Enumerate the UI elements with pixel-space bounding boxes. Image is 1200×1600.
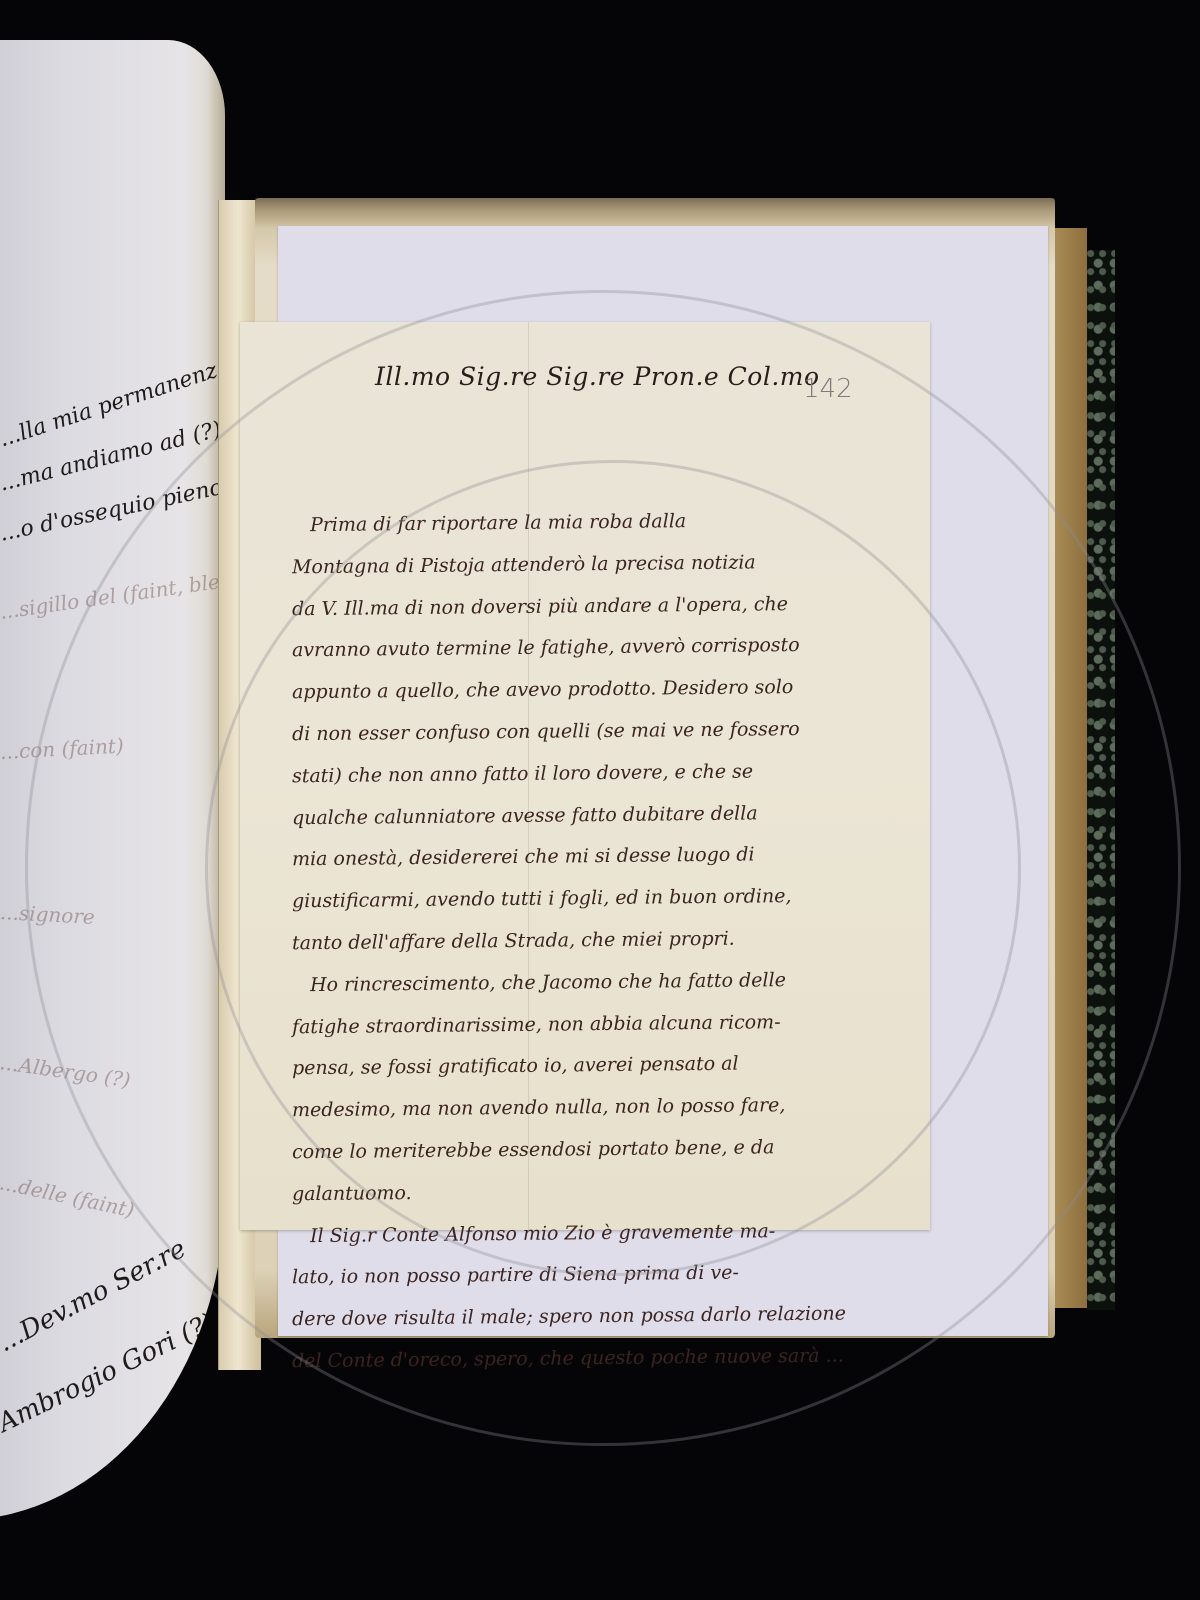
letter-line: fatighe straordinarissime, non abbia alc… [292, 1000, 922, 1048]
letter-line: galantuomo. [292, 1167, 922, 1215]
letter-line: stati) che non anno fatto il loro dovere… [292, 749, 922, 797]
letter-line: avranno avuto termine le fatighe, avverò… [292, 624, 922, 672]
letter-line: Montagna di Pistoja attenderò la precisa… [292, 540, 922, 588]
letter-line: dere dove risulta il male; spero non pos… [292, 1293, 922, 1341]
letter-line: come lo meriterebbe essendosi portato be… [292, 1126, 922, 1174]
left-page-line: ...con (faint) [0, 734, 124, 764]
folio-number: 142 [803, 374, 853, 404]
letter-line: Ho rincrescimento, che Jacomo che ha fat… [292, 958, 922, 1006]
handwritten-letter: Ill.mo Sig.re Sig.re Pron.e Col.mo 142 P… [240, 322, 930, 1230]
marbled-endpaper [1087, 250, 1115, 1310]
left-page-line: ...signore [0, 900, 95, 929]
letter-line: giustificarmi, avendo tutti i fogli, ed … [292, 875, 922, 923]
letter-line: di non esser confuso con quelli (se mai … [292, 708, 922, 756]
letter-line: appunto a quello, che avevo prodotto. De… [292, 666, 922, 714]
left-facing-page: ...lla mia permanenza ...ma andiamo ad (… [0, 40, 225, 1520]
left-page-line: ...delle (faint) [0, 1170, 136, 1222]
letter-line: lato, io non posso partire di Siena prim… [292, 1251, 922, 1299]
letter-salutation: Ill.mo Sig.re Sig.re Pron.e Col.mo [375, 362, 820, 391]
left-page-line: ...Albergo (?) [0, 1050, 132, 1092]
left-page-line: ...sigillo del (faint, bleed-through) [0, 553, 225, 624]
manuscript-photo: ...lla mia permanenza ...ma andiamo ad (… [0, 0, 1200, 1600]
letter-line: Prima di far riportare la mia roba dalla [292, 499, 922, 547]
letter-line: da V. Ill.ma di non doversi più andare a… [292, 582, 922, 630]
letter-line: pensa, se fossi gratificato io, averei p… [292, 1042, 922, 1090]
letter-line: tanto dell'affare della Strada, che miei… [292, 917, 922, 965]
letter-line: mia onestà, desidererei che mi si desse … [292, 833, 922, 881]
letter-line: qualche calunniatore avesse fatto dubita… [292, 791, 922, 839]
letter-line: Il Sig.r Conte Alfonso mio Zio è graveme… [292, 1209, 922, 1257]
letter-body: Prima di far riportare la mia roba dalla… [292, 502, 922, 1380]
letter-line: medesimo, ma non avendo nulla, non lo po… [292, 1084, 922, 1132]
letter-line: del Conte d'oreco, spero, che questo poc… [292, 1335, 922, 1383]
book-cover-edge [1055, 228, 1087, 1308]
